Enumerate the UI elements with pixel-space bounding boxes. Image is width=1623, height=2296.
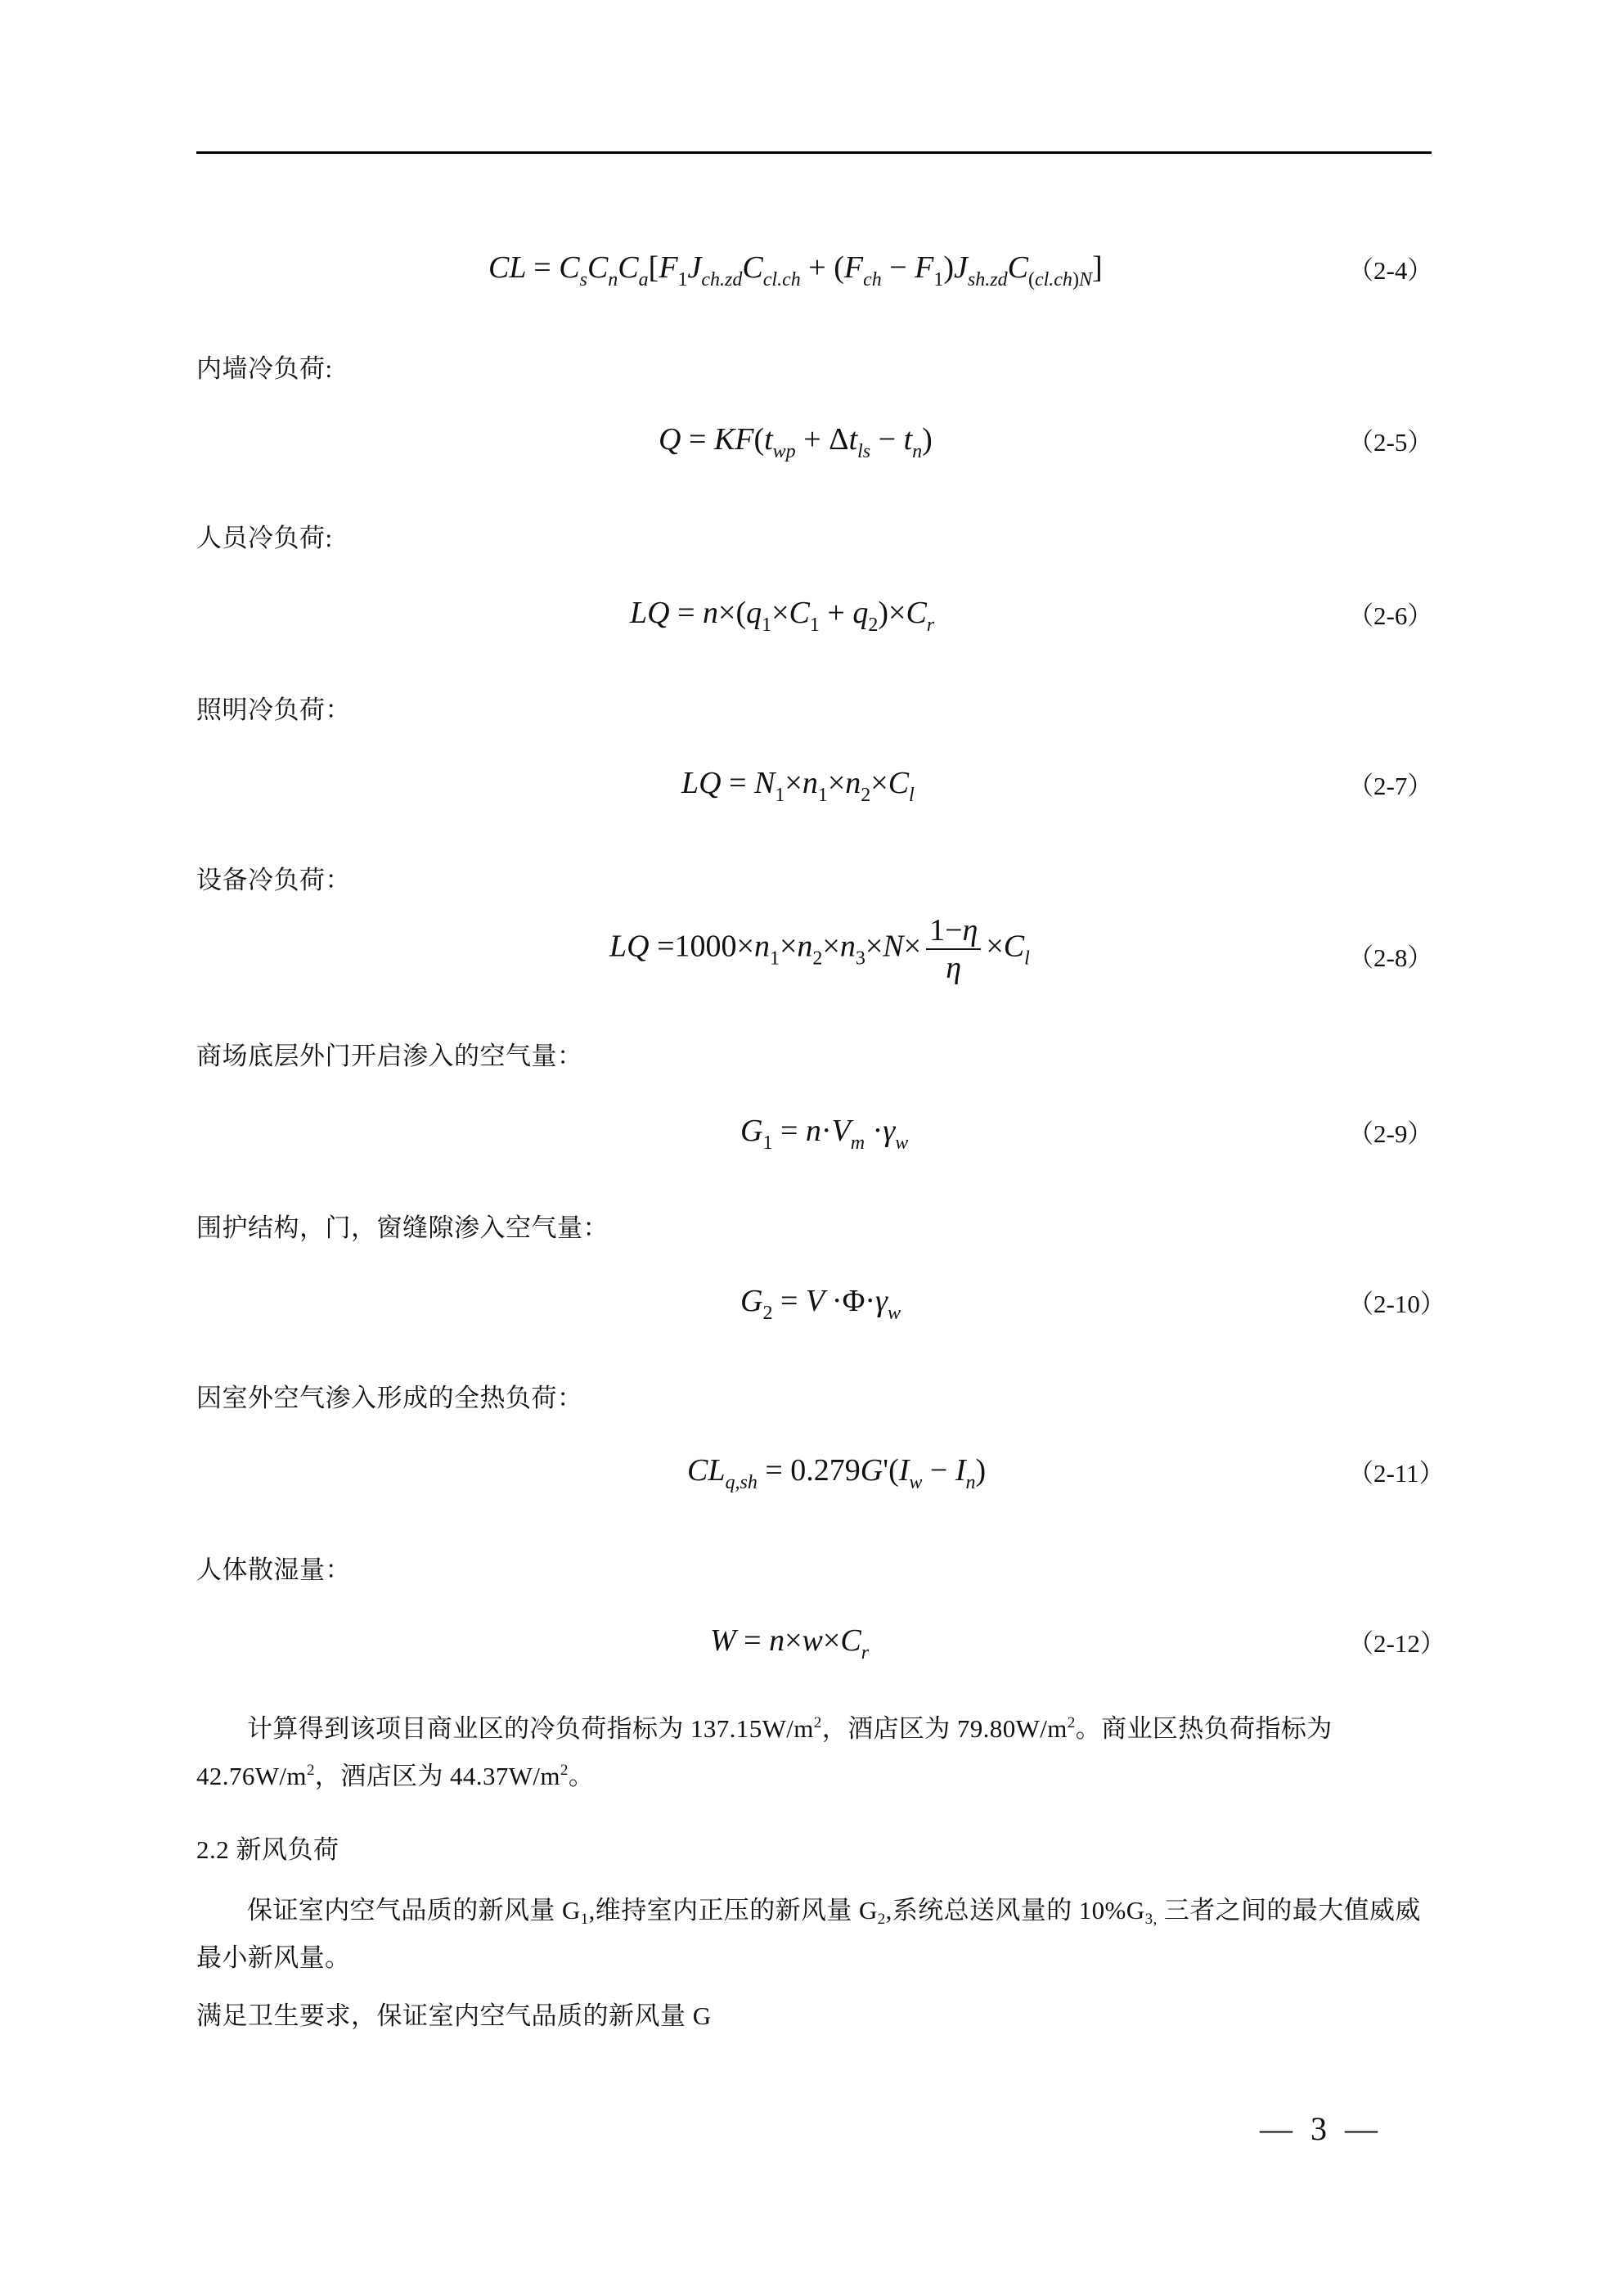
formula-total-heat-load: CLq,sh = 0.279G'(Iw − In) <box>687 1452 986 1488</box>
equation-2-8: LQ =1000×n1×n2×n3×N×1−ηη×Cl （2-8） <box>0 912 1623 1002</box>
label-total-heat-load: 因室外空气渗入形成的全热负荷： <box>196 1377 583 1414</box>
formula-gap-infiltration: G2 = V ·Φ·γw <box>740 1283 901 1319</box>
section-heading: 2.2 新风负荷 <box>196 1829 339 1866</box>
equation-number: （2-12） <box>1348 1623 1445 1659</box>
formula-interior-wall: Q = KF(twp + Δtls − tn) <box>659 421 933 457</box>
label-equipment: 设备冷负荷： <box>196 859 351 896</box>
equation-2-4: CL = CsCnCa[F1Jch.zdCcl.ch + (Fch − F1)J… <box>0 250 1623 299</box>
summary-paragraph: 计算得到该项目商业区的冷负荷指标为 137.15W/m2，酒店区为 79.80W… <box>196 1705 1432 1800</box>
formula-moisture: W = n×w×Cr <box>710 1623 869 1659</box>
equation-2-9: G1 = n·Vm ·γw （2-9） <box>0 1113 1623 1162</box>
equation-2-7: LQ = N1×n1×n2×Cl （2-7） <box>0 765 1623 814</box>
label-moisture: 人体散湿量： <box>196 1549 351 1586</box>
formula-lighting: LQ = N1×n1×n2×Cl <box>681 765 915 801</box>
equation-2-11: CLq,sh = 0.279G'(Iw − In) （2-11） <box>0 1452 1623 1501</box>
equation-number: （2-5） <box>1348 421 1432 458</box>
hygiene-requirement-text: 满足卫生要求，保证室内空气品质的新风量 G <box>196 1995 712 2032</box>
page-number: — 3 — <box>1260 2109 1382 2148</box>
fraction: 1−ηη <box>926 912 981 986</box>
equation-2-6: LQ = n×(q1×C1 + q2)×Cr （2-6） <box>0 595 1623 644</box>
header-rule <box>196 151 1432 154</box>
equation-number: （2-4） <box>1348 250 1432 286</box>
formula-cooling-load-window: CL = CsCnCa[F1Jch.zdCcl.ch + (Fch − F1)J… <box>488 250 1103 286</box>
formula-door-infiltration: G1 = n·Vm ·γw <box>740 1113 908 1149</box>
formula-equipment: LQ =1000×n1×n2×n3×N×1−ηη×Cl <box>609 912 1030 986</box>
equation-2-10: G2 = V ·Φ·γw （2-10） <box>0 1283 1623 1332</box>
equation-2-12: W = n×w×Cr （2-12） <box>0 1623 1623 1672</box>
equation-number: （2-6） <box>1348 595 1432 632</box>
label-gap-infiltration: 围护结构，门，窗缝隙渗入空气量： <box>196 1207 609 1244</box>
equation-number: （2-8） <box>1348 937 1432 974</box>
fresh-air-paragraph: 保证室内空气品质的新风量 G1,维持室内正压的新风量 G2,系统总送风量的 10… <box>196 1887 1432 1982</box>
label-interior-wall: 内墙冷负荷: <box>196 348 333 385</box>
equation-number: （2-10） <box>1348 1283 1445 1320</box>
equation-number: （2-7） <box>1348 765 1432 802</box>
equation-2-5: Q = KF(twp + Δtls − tn) （2-5） <box>0 421 1623 470</box>
label-lighting: 照明冷负荷： <box>196 689 351 726</box>
label-door-infiltration: 商场底层外门开启渗入的空气量： <box>196 1035 583 1072</box>
equation-number: （2-11） <box>1348 1452 1445 1489</box>
label-personnel: 人员冷负荷: <box>196 517 333 554</box>
equation-number: （2-9） <box>1348 1113 1432 1150</box>
formula-personnel: LQ = n×(q1×C1 + q2)×Cr <box>630 595 934 631</box>
